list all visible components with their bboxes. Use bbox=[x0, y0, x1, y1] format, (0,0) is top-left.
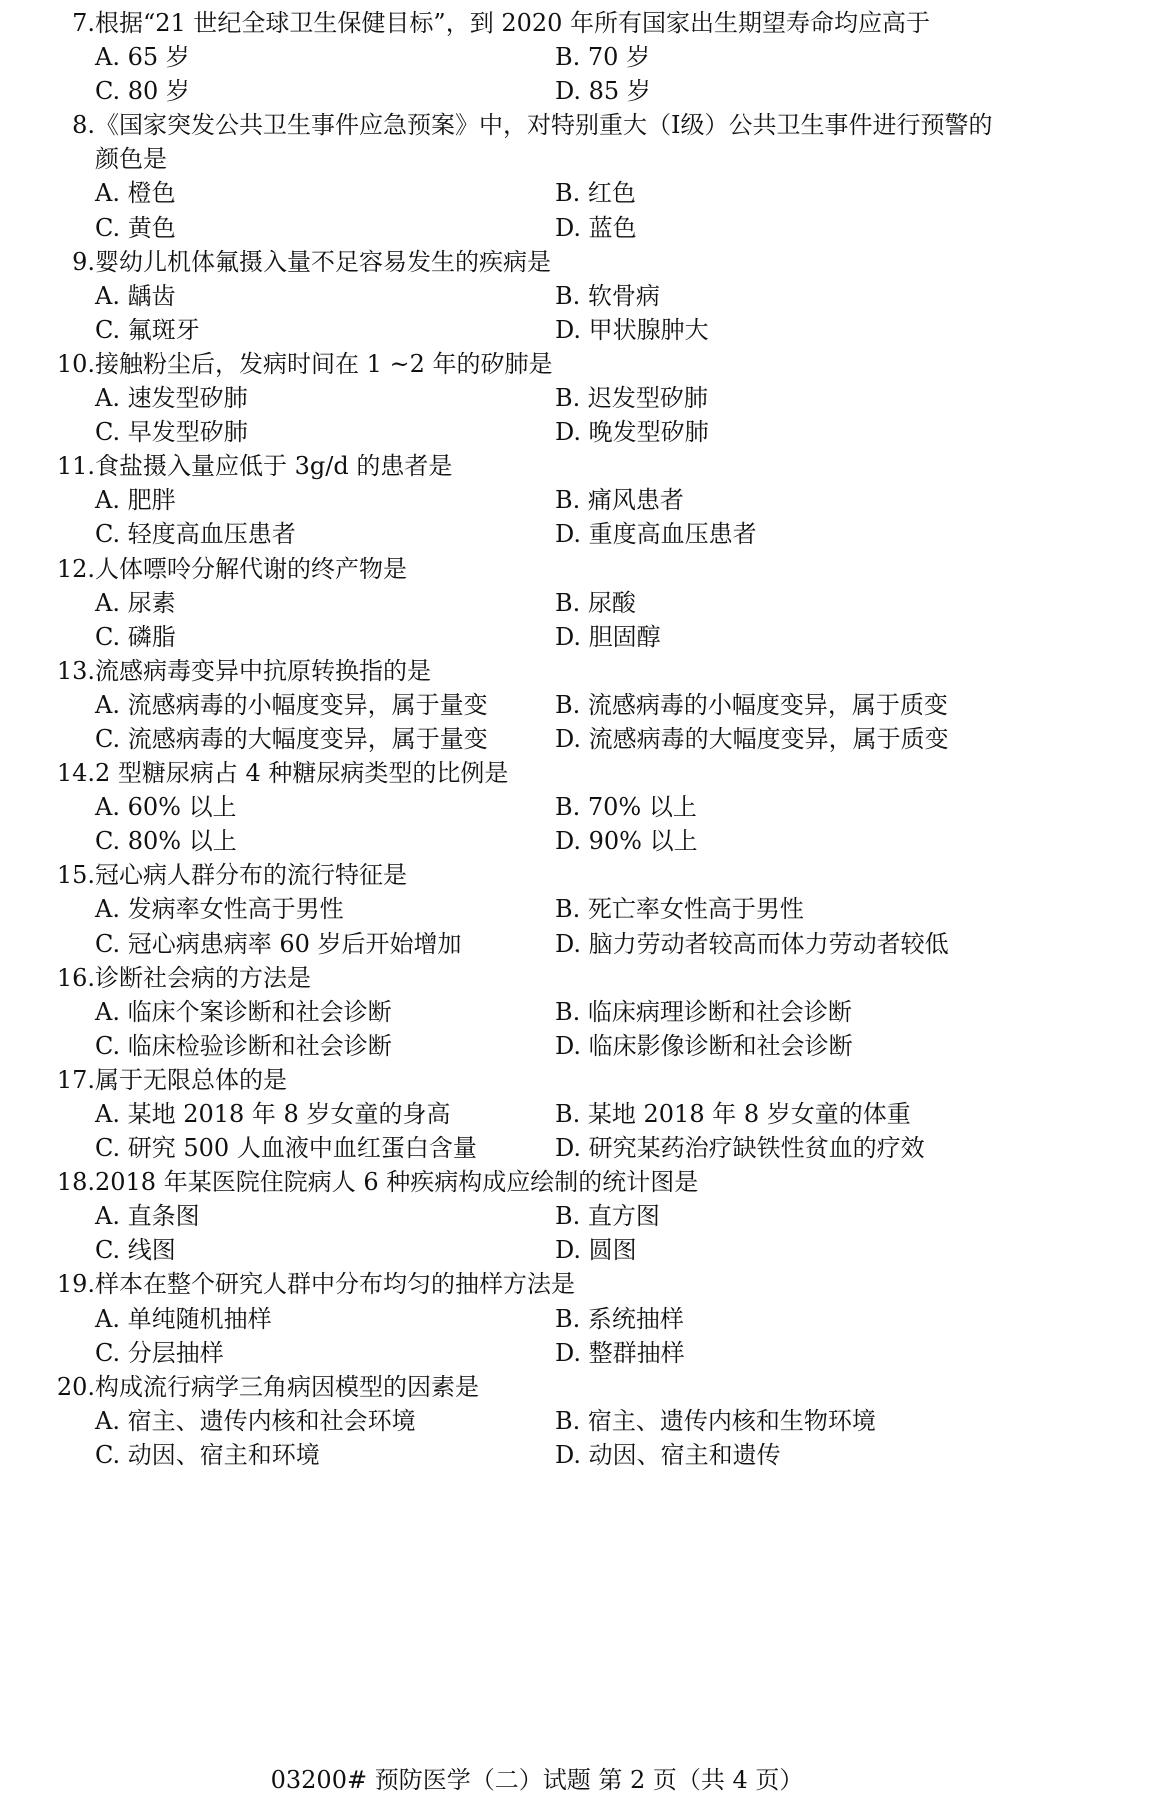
question-stem-line: 9.婴幼儿机体氟摄入量不足容易发生的疾病是 bbox=[0, 245, 1164, 279]
question-stem-text: 2018 年某医院住院病人 6 种疾病构成应绘制的统计图是 bbox=[95, 1168, 698, 1196]
option-d: D. 研究某药治疗缺铁性贫血的疗效 bbox=[555, 1131, 925, 1165]
option-a: A. 橙色 bbox=[0, 176, 555, 210]
question-block: 9.婴幼儿机体氟摄入量不足容易发生的疾病是A. 龋齿B. 软骨病C. 氟斑牙D.… bbox=[0, 245, 1164, 347]
question-block: 14.2 型糖尿病占 4 种糖尿病类型的比例是A. 60% 以上B. 70% 以… bbox=[0, 756, 1164, 858]
options-row: A. 发病率女性高于男性B. 死亡率女性高于男性 bbox=[0, 892, 1164, 926]
question-stem-line: 颜色是 bbox=[0, 142, 1164, 176]
question-stem-line: 13.流感病毒变异中抗原转换指的是 bbox=[0, 654, 1164, 688]
question-stem-line: 8.《国家突发公共卫生事件应急预案》中，对特别重大（Ⅰ级）公共卫生事件进行预警的 bbox=[0, 108, 1164, 142]
options-row: C. 80% 以上D. 90% 以上 bbox=[0, 824, 1164, 858]
question-block: 11.食盐摄入量应低于 3g/d 的患者是A. 肥胖B. 痛风患者C. 轻度高血… bbox=[0, 449, 1164, 551]
question-number: 10. bbox=[57, 347, 95, 381]
question-stem-line: 10.接触粉尘后，发病时间在 1 ~2 年的矽肺是 bbox=[0, 347, 1164, 381]
options-row: C. 分层抽样D. 整群抽样 bbox=[0, 1336, 1164, 1370]
page-footer: 03200# 预防医学（二）试题 第 2 页（共 4 页） bbox=[0, 1763, 1164, 1797]
option-b: B. 70 岁 bbox=[555, 40, 650, 74]
question-stem-line: 20.构成流行病学三角病因模型的因素是 bbox=[0, 1370, 1164, 1404]
option-b: B. 死亡率女性高于男性 bbox=[555, 892, 804, 926]
option-c: C. 磷脂 bbox=[0, 620, 555, 654]
question-number: 12. bbox=[57, 552, 95, 586]
option-c: C. 流感病毒的大幅度变异，属于量变 bbox=[0, 722, 555, 756]
option-d: D. 甲状腺肿大 bbox=[555, 313, 709, 347]
question-block: 7.根据“21 世纪全球卫生保健目标”，到 2020 年所有国家出生期望寿命均应… bbox=[0, 6, 1164, 108]
question-number: 8. bbox=[72, 108, 95, 142]
option-b: B. 流感病毒的小幅度变异，属于质变 bbox=[555, 688, 948, 722]
question-number: 16. bbox=[57, 961, 95, 995]
question-block: 10.接触粉尘后，发病时间在 1 ~2 年的矽肺是A. 速发型矽肺B. 迟发型矽… bbox=[0, 347, 1164, 449]
option-a: A. 单纯随机抽样 bbox=[0, 1302, 555, 1336]
option-c: C. 黄色 bbox=[0, 211, 555, 245]
option-b: B. 尿酸 bbox=[555, 586, 636, 620]
question-block: 16.诊断社会病的方法是A. 临床个案诊断和社会诊断B. 临床病理诊断和社会诊断… bbox=[0, 961, 1164, 1063]
option-b: B. 70% 以上 bbox=[555, 790, 697, 824]
options-row: A. 单纯随机抽样B. 系统抽样 bbox=[0, 1302, 1164, 1336]
options-row: C. 80 岁D. 85 岁 bbox=[0, 74, 1164, 108]
question-stem-line: 17.属于无限总体的是 bbox=[0, 1063, 1164, 1097]
options-row: A. 龋齿B. 软骨病 bbox=[0, 279, 1164, 313]
option-b: B. 系统抽样 bbox=[555, 1302, 684, 1336]
option-c: C. 研究 500 人血液中血红蛋白含量 bbox=[0, 1131, 555, 1165]
option-a: A. 60% 以上 bbox=[0, 790, 555, 824]
option-a: A. 临床个案诊断和社会诊断 bbox=[0, 995, 555, 1029]
question-block: 12.人体嘌呤分解代谢的终产物是A. 尿素B. 尿酸C. 磷脂D. 胆固醇 bbox=[0, 552, 1164, 654]
question-stem-text: 人体嘌呤分解代谢的终产物是 bbox=[95, 555, 407, 583]
question-number: 7. bbox=[72, 6, 95, 40]
question-number: 18. bbox=[57, 1165, 95, 1199]
option-d: D. 脑力劳动者较高而体力劳动者较低 bbox=[555, 927, 949, 961]
option-c: C. 轻度高血压患者 bbox=[0, 517, 555, 551]
question-stem-line: 18.2018 年某医院住院病人 6 种疾病构成应绘制的统计图是 bbox=[0, 1165, 1164, 1199]
option-a: A. 尿素 bbox=[0, 586, 555, 620]
options-row: A. 某地 2018 年 8 岁女童的身高B. 某地 2018 年 8 岁女童的… bbox=[0, 1097, 1164, 1131]
option-c: C. 临床检验诊断和社会诊断 bbox=[0, 1029, 555, 1063]
options-row: A. 流感病毒的小幅度变异，属于量变B. 流感病毒的小幅度变异，属于质变 bbox=[0, 688, 1164, 722]
question-block: 19.样本在整个研究人群中分布均匀的抽样方法是A. 单纯随机抽样B. 系统抽样C… bbox=[0, 1267, 1164, 1369]
question-number: 11. bbox=[57, 449, 95, 483]
options-row: A. 60% 以上B. 70% 以上 bbox=[0, 790, 1164, 824]
options-row: A. 65 岁B. 70 岁 bbox=[0, 40, 1164, 74]
options-row: C. 研究 500 人血液中血红蛋白含量D. 研究某药治疗缺铁性贫血的疗效 bbox=[0, 1131, 1164, 1165]
options-row: C. 动因、宿主和环境D. 动因、宿主和遗传 bbox=[0, 1438, 1164, 1472]
options-row: C. 临床检验诊断和社会诊断D. 临床影像诊断和社会诊断 bbox=[0, 1029, 1164, 1063]
options-row: A. 速发型矽肺B. 迟发型矽肺 bbox=[0, 381, 1164, 415]
question-stem-text: 属于无限总体的是 bbox=[95, 1066, 287, 1094]
question-number: 15. bbox=[57, 858, 95, 892]
option-c: C. 动因、宿主和环境 bbox=[0, 1438, 555, 1472]
options-row: C. 氟斑牙D. 甲状腺肿大 bbox=[0, 313, 1164, 347]
question-stem-text: 诊断社会病的方法是 bbox=[95, 964, 311, 992]
option-d: D. 整群抽样 bbox=[555, 1336, 685, 1370]
option-c: C. 早发型矽肺 bbox=[0, 415, 555, 449]
option-c: C. 分层抽样 bbox=[0, 1336, 555, 1370]
options-row: A. 橙色B. 红色 bbox=[0, 176, 1164, 210]
options-row: C. 磷脂D. 胆固醇 bbox=[0, 620, 1164, 654]
options-row: C. 轻度高血压患者D. 重度高血压患者 bbox=[0, 517, 1164, 551]
question-stem-text: 2 型糖尿病占 4 种糖尿病类型的比例是 bbox=[95, 759, 508, 787]
options-row: A. 肥胖B. 痛风患者 bbox=[0, 483, 1164, 517]
options-row: C. 早发型矽肺D. 晚发型矽肺 bbox=[0, 415, 1164, 449]
question-number: 19. bbox=[57, 1267, 95, 1301]
option-a: A. 某地 2018 年 8 岁女童的身高 bbox=[0, 1097, 555, 1131]
question-number: 17. bbox=[57, 1063, 95, 1097]
question-stem-line: 16.诊断社会病的方法是 bbox=[0, 961, 1164, 995]
options-row: C. 黄色D. 蓝色 bbox=[0, 211, 1164, 245]
option-a: A. 龋齿 bbox=[0, 279, 555, 313]
question-stem-line: 7.根据“21 世纪全球卫生保健目标”，到 2020 年所有国家出生期望寿命均应… bbox=[0, 6, 1164, 40]
option-a: A. 发病率女性高于男性 bbox=[0, 892, 555, 926]
question-stem-text: 颜色是 bbox=[95, 145, 167, 173]
option-c: C. 80% 以上 bbox=[0, 824, 555, 858]
question-block: 20.构成流行病学三角病因模型的因素是A. 宿主、遗传内核和社会环境B. 宿主、… bbox=[0, 1370, 1164, 1472]
question-stem-text: 流感病毒变异中抗原转换指的是 bbox=[95, 657, 431, 685]
exam-page: 7.根据“21 世纪全球卫生保健目标”，到 2020 年所有国家出生期望寿命均应… bbox=[0, 6, 1164, 1472]
question-stem-text: 婴幼儿机体氟摄入量不足容易发生的疾病是 bbox=[95, 248, 551, 276]
question-stem-text: 根据“21 世纪全球卫生保健目标”，到 2020 年所有国家出生期望寿命均应高于 bbox=[95, 9, 930, 37]
question-stem-line: 12.人体嘌呤分解代谢的终产物是 bbox=[0, 552, 1164, 586]
options-row: A. 临床个案诊断和社会诊断B. 临床病理诊断和社会诊断 bbox=[0, 995, 1164, 1029]
option-d: D. 85 岁 bbox=[555, 74, 651, 108]
option-d: D. 动因、宿主和遗传 bbox=[555, 1438, 781, 1472]
option-a: A. 速发型矽肺 bbox=[0, 381, 555, 415]
question-block: 17.属于无限总体的是A. 某地 2018 年 8 岁女童的身高B. 某地 20… bbox=[0, 1063, 1164, 1165]
question-stem-text: 冠心病人群分布的流行特征是 bbox=[95, 861, 407, 889]
option-b: B. 软骨病 bbox=[555, 279, 660, 313]
question-stem-text: 《国家突发公共卫生事件应急预案》中，对特别重大（Ⅰ级）公共卫生事件进行预警的 bbox=[95, 111, 992, 139]
question-stem-text: 构成流行病学三角病因模型的因素是 bbox=[95, 1373, 479, 1401]
question-stem-line: 14.2 型糖尿病占 4 种糖尿病类型的比例是 bbox=[0, 756, 1164, 790]
option-b: B. 直方图 bbox=[555, 1199, 660, 1233]
option-b: B. 痛风患者 bbox=[555, 483, 684, 517]
option-d: D. 蓝色 bbox=[555, 211, 637, 245]
option-c: C. 氟斑牙 bbox=[0, 313, 555, 347]
options-row: A. 尿素B. 尿酸 bbox=[0, 586, 1164, 620]
option-a: A. 65 岁 bbox=[0, 40, 555, 74]
option-d: D. 流感病毒的大幅度变异，属于质变 bbox=[555, 722, 949, 756]
option-d: D. 晚发型矽肺 bbox=[555, 415, 709, 449]
option-c: C. 80 岁 bbox=[0, 74, 555, 108]
option-c: C. 冠心病患病率 60 岁后开始增加 bbox=[0, 927, 555, 961]
question-block: 18.2018 年某医院住院病人 6 种疾病构成应绘制的统计图是A. 直条图B.… bbox=[0, 1165, 1164, 1267]
option-b: B. 迟发型矽肺 bbox=[555, 381, 708, 415]
option-d: D. 胆固醇 bbox=[555, 620, 661, 654]
option-d: D. 临床影像诊断和社会诊断 bbox=[555, 1029, 853, 1063]
question-stem-line: 19.样本在整个研究人群中分布均匀的抽样方法是 bbox=[0, 1267, 1164, 1301]
question-stem-line: 15.冠心病人群分布的流行特征是 bbox=[0, 858, 1164, 892]
option-d: D. 90% 以上 bbox=[555, 824, 698, 858]
question-number: 9. bbox=[72, 245, 95, 279]
question-block: 13.流感病毒变异中抗原转换指的是A. 流感病毒的小幅度变异，属于量变B. 流感… bbox=[0, 654, 1164, 756]
option-d: D. 圆图 bbox=[555, 1233, 637, 1267]
option-b: B. 某地 2018 年 8 岁女童的体重 bbox=[555, 1097, 911, 1131]
option-a: A. 流感病毒的小幅度变异，属于量变 bbox=[0, 688, 555, 722]
option-a: A. 直条图 bbox=[0, 1199, 555, 1233]
question-number: 20. bbox=[57, 1370, 95, 1404]
option-a: A. 宿主、遗传内核和社会环境 bbox=[0, 1404, 555, 1438]
option-b: B. 红色 bbox=[555, 176, 636, 210]
option-b: B. 宿主、遗传内核和生物环境 bbox=[555, 1404, 876, 1438]
options-row: C. 线图D. 圆图 bbox=[0, 1233, 1164, 1267]
question-number: 13. bbox=[57, 654, 95, 688]
option-a: A. 肥胖 bbox=[0, 483, 555, 517]
option-c: C. 线图 bbox=[0, 1233, 555, 1267]
question-number: 14. bbox=[57, 756, 95, 790]
question-stem-text: 样本在整个研究人群中分布均匀的抽样方法是 bbox=[95, 1270, 575, 1298]
options-row: A. 直条图B. 直方图 bbox=[0, 1199, 1164, 1233]
question-block: 15.冠心病人群分布的流行特征是A. 发病率女性高于男性B. 死亡率女性高于男性… bbox=[0, 858, 1164, 960]
options-row: C. 流感病毒的大幅度变异，属于量变D. 流感病毒的大幅度变异，属于质变 bbox=[0, 722, 1164, 756]
options-row: A. 宿主、遗传内核和社会环境B. 宿主、遗传内核和生物环境 bbox=[0, 1404, 1164, 1438]
question-block: 8.《国家突发公共卫生事件应急预案》中，对特别重大（Ⅰ级）公共卫生事件进行预警的… bbox=[0, 108, 1164, 244]
option-b: B. 临床病理诊断和社会诊断 bbox=[555, 995, 852, 1029]
question-stem-text: 食盐摄入量应低于 3g/d 的患者是 bbox=[95, 452, 452, 480]
question-stem-line: 11.食盐摄入量应低于 3g/d 的患者是 bbox=[0, 449, 1164, 483]
question-stem-text: 接触粉尘后，发病时间在 1 ~2 年的矽肺是 bbox=[95, 350, 553, 378]
options-row: C. 冠心病患病率 60 岁后开始增加D. 脑力劳动者较高而体力劳动者较低 bbox=[0, 927, 1164, 961]
option-d: D. 重度高血压患者 bbox=[555, 517, 757, 551]
